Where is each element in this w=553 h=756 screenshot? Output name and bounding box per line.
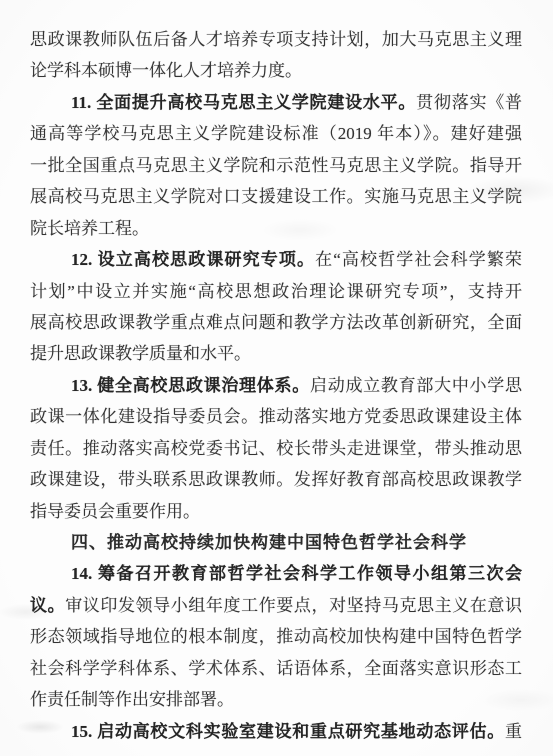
body-text: 论学科本硕博一体化人才培养力度。 [30,61,302,80]
body-text: 政课建设，带头联系思政课教师。发挥好教育部高校思政课教学 [30,470,522,489]
section-heading-4: 四、推动高校持续加快构建中国特色哲学社会科学 [30,527,522,558]
text-line: 议。审议印发领导小组年度工作要点，对坚持马克思主义在意识 [30,590,522,621]
item-14-title-continued: 议。 [30,596,65,615]
text-line: 责任。推动落实高校党委书记、校长带头走进课堂，带头推动思 [30,433,522,464]
text-line: 政课建设，带头联系思政课教师。发挥好教育部高校思政课教学 [30,464,522,495]
text-line: 社会科学学科体系、学术体系、话语体系，全面落实意识形态工 [30,653,522,684]
text-line: 提升思政课教学质量和水平。 [30,338,522,369]
text-column: 思政课教师队伍后备人才培养专项支持计划，加大马克思主义理 论学科本硕博一体化人才… [30,24,522,747]
body-text: 责任。推动落实高校党委书记、校长带头走进课堂，带头推动思 [30,439,522,458]
body-text: 院长培养工程。 [30,219,149,238]
text-line: 论学科本硕博一体化人才培养力度。 [30,55,522,86]
body-text: 在“高校哲学社会科学繁荣 [315,250,522,269]
body-text: 展高校思政课教学重点难点问题和教学方法改革创新研究，全面 [30,313,522,332]
section-heading-text: 四、推动高校持续加快构建中国特色哲学社会科学 [71,533,467,552]
item-12-title: 12. 设立高校思政课研究专项。 [71,250,315,269]
text-line: 形态领域指导地位的根本制度，推动高校加快构建中国特色哲学 [30,621,522,652]
body-text: 通高等学校马克思主义学院建设标准（2019 年本）》。建好建强 [30,124,522,143]
text-line: 14. 筹备召开教育部哲学社会科学工作领导小组第三次会 [30,558,522,589]
text-line: 作责任制等作出安排部署。 [30,684,522,715]
text-line: 一批全国重点马克思主义学院和示范性马克思主义学院。指导开 [30,150,522,181]
text-line: 计划”中设立并实施“高校思想政治理论课研究专项”，支持开 [30,276,522,307]
text-line: 院长培养工程。 [30,213,522,244]
scanned-page: 思政课教师队伍后备人才培养专项支持计划，加大马克思主义理 论学科本硕博一体化人才… [0,0,553,756]
text-line: 13. 健全高校思政课治理体系。启动成立教育部大中小学思 [30,370,522,401]
item-15-title: 15. 启动高校文科实验室建设和重点研究基地动态评估。 [71,722,505,741]
text-line: 15. 启动高校文科实验室建设和重点研究基地动态评估。重 [30,716,522,747]
body-text: 审议印发领导小组年度工作要点，对坚持马克思主义在意识 [65,596,522,615]
body-text: 社会科学学科体系、学术体系、话语体系，全面落实意识形态工 [30,659,522,678]
body-text: 指导委员会重要作用。 [30,502,200,521]
body-text: 思政课教师队伍后备人才培养专项支持计划，加大马克思主义理 [30,30,522,49]
body-text: 提升思政课教学质量和水平。 [30,344,251,363]
body-text: 贯彻落实《普 [416,93,522,112]
body-text: 作责任制等作出安排部署。 [30,690,234,709]
body-text: 计划”中设立并实施“高校思想政治理论课研究专项”，支持开 [30,282,522,301]
text-line: 通高等学校马克思主义学院建设标准（2019 年本）》。建好建强 [30,118,522,149]
text-line: 11. 全面提升高校马克思主义学院建设水平。贯彻落实《普 [30,87,522,118]
body-text: 形态领域指导地位的根本制度，推动高校加快构建中国特色哲学 [30,627,522,646]
text-line: 12. 设立高校思政课研究专项。在“高校哲学社会科学繁荣 [30,244,522,275]
body-text: 展高校马克思主义学院对口支援建设工作。实施马克思主义学院 [30,187,522,206]
text-line: 展高校思政课教学重点难点问题和教学方法改革创新研究，全面 [30,307,522,338]
body-text: 启动成立教育部大中小学思 [310,376,522,395]
item-14-title: 14. 筹备召开教育部哲学社会科学工作领导小组第三次会 [71,564,522,583]
item-11-title: 11. 全面提升高校马克思主义学院建设水平。 [71,93,416,112]
text-line: 指导委员会重要作用。 [30,496,522,527]
item-13-title: 13. 健全高校思政课治理体系。 [71,376,310,395]
body-text: 重 [505,722,522,741]
text-line: 展高校马克思主义学院对口支援建设工作。实施马克思主义学院 [30,181,522,212]
text-line: 思政课教师队伍后备人才培养专项支持计划，加大马克思主义理 [30,24,522,55]
text-line: 政课一体化建设指导委员会。推动落实地方党委思政课建设主体 [30,401,522,432]
body-text: 一批全国重点马克思主义学院和示范性马克思主义学院。指导开 [30,156,522,175]
body-text: 政课一体化建设指导委员会。推动落实地方党委思政课建设主体 [30,407,522,426]
